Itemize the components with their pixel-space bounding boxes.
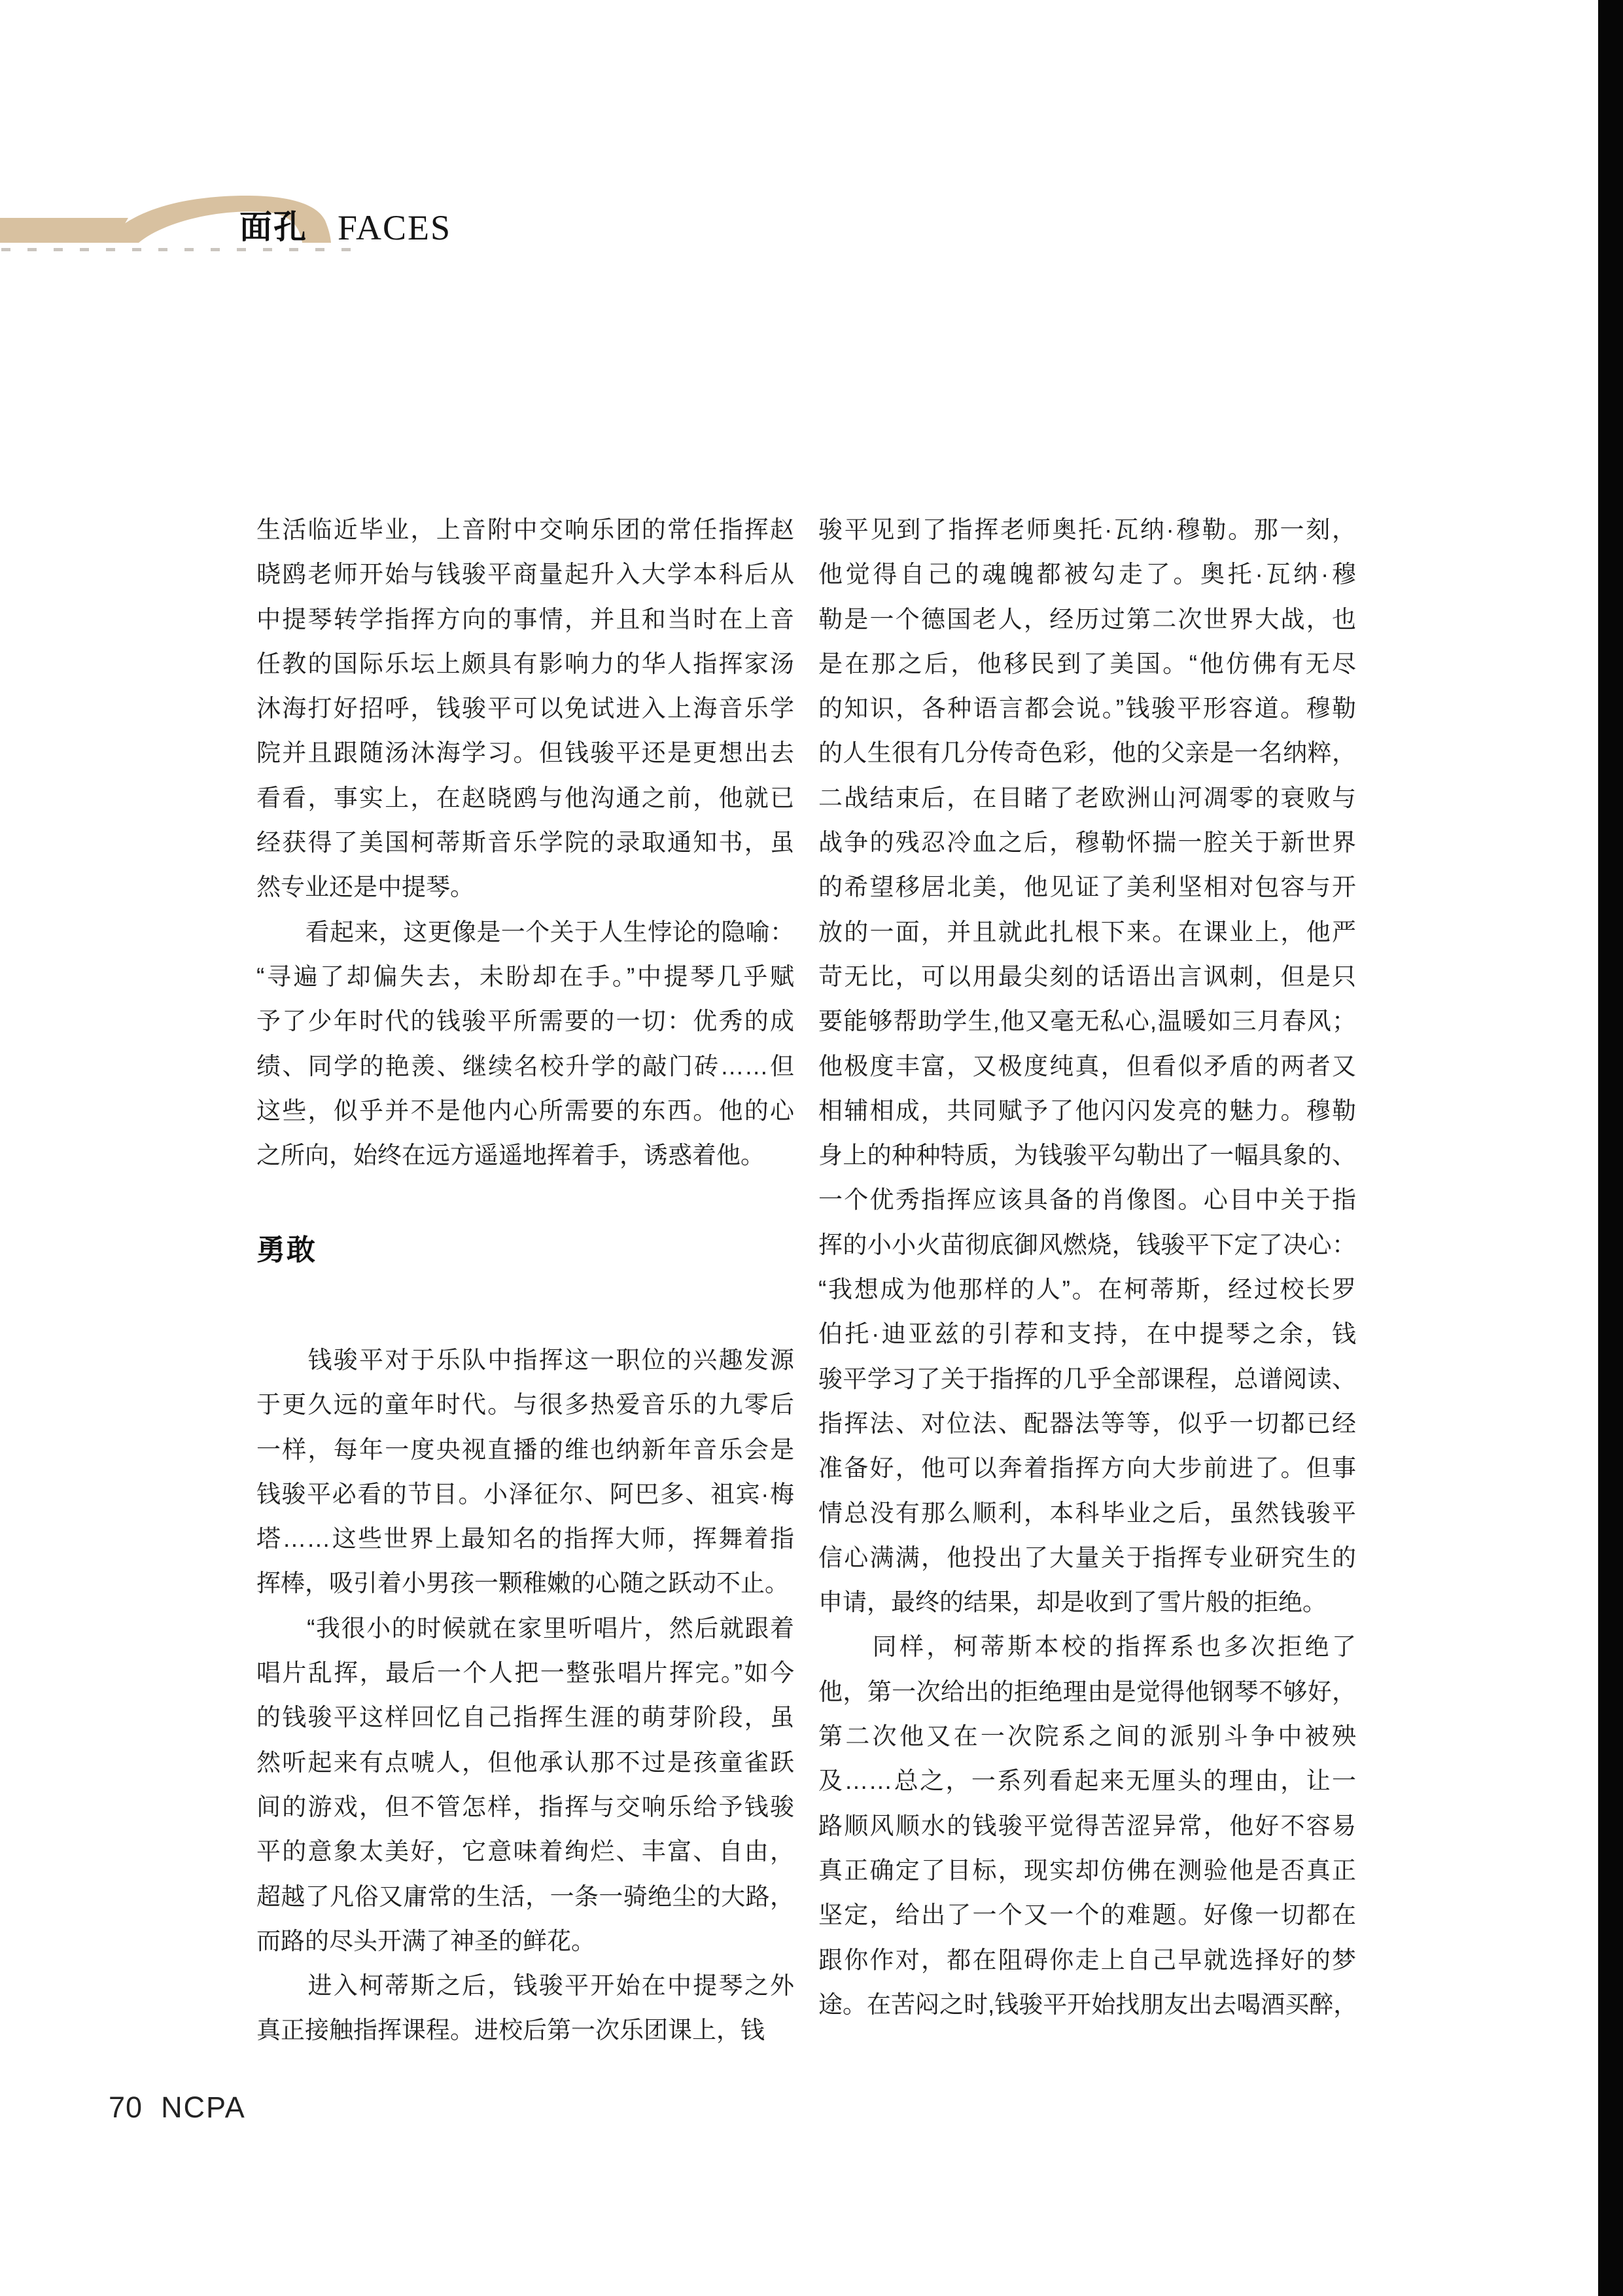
text-line: 他，第一次给出的拒绝理由是觉得他钢琴不够好， [818, 1670, 1356, 1714]
text-line: 情总没有那么顺利，本科毕业之后，虽然钱骏平 [818, 1491, 1356, 1536]
text-line: 要能够帮助学生,他又毫无私心,温暖如三月春风； [818, 999, 1356, 1044]
text-line: 信心满满，他投出了大量关于指挥专业研究生的 [818, 1536, 1356, 1580]
left-column-block-1: 生活临近毕业，上音附中交响乐团的常任指挥赵晓鸥老师开始与钱骏平商量起升入大学本科… [256, 508, 794, 1178]
text-line: 路顺风顺水的钱骏平觉得苦涩异常，他好不容易 [818, 1804, 1356, 1848]
text-line: “我很小的时候就在家里听唱片，然后就跟着 [256, 1606, 794, 1651]
text-line: 战争的残忍冷血之后，穆勒怀揣一腔关于新世界 [818, 821, 1356, 865]
text-line: 然听起来有点唬人，但他承认那不过是孩童雀跃 [256, 1740, 794, 1785]
text-line: 他觉得自己的魂魄都被勾走了。奥托·瓦纳·穆 [818, 552, 1356, 597]
text-line: 中提琴转学指挥方向的事情，并且和当时在上音 [256, 597, 794, 642]
text-line: 超越了凡俗又庸常的生活，一条一骑绝尘的大路， [256, 1875, 794, 1919]
text-line: 他极度丰富，又极度纯真，但看似矛盾的两者又 [818, 1044, 1356, 1089]
text-line: 看看，事实上，在赵晓鸥与他沟通之前，他就已 [256, 776, 794, 821]
text-line: 第二次他又在一次院系之间的派别斗争中被殃 [818, 1714, 1356, 1759]
left-column-block-2: 钱骏平对于乐队中指挥这一职位的兴趣发源于更久远的童年时代。与很多热爱音乐的九零后… [256, 1338, 794, 2053]
text-line: 经获得了美国柯蒂斯音乐学院的录取通知书，虽 [256, 821, 794, 865]
text-line: 一样，每年一度央视直播的维也纳新年音乐会是 [256, 1428, 794, 1472]
text-line: 唱片乱挥，最后一个人把一整张唱片挥完。”如今 [256, 1651, 794, 1695]
text-line: 绩、同学的艳羡、继续名校升学的敲门砖……但 [256, 1044, 794, 1089]
text-line: 骏平学习了关于指挥的几乎全部课程，总谱阅读、 [818, 1357, 1356, 1402]
text-line: 的人生很有几分传奇色彩，他的父亲是一名纳粹， [818, 731, 1356, 775]
scan-edge-bar [1598, 0, 1623, 2296]
text-line: 准备好，他可以奔着指挥方向大步前进了。但事 [818, 1446, 1356, 1491]
text-line: 沐海打好招呼，钱骏平可以免试进入上海音乐学 [256, 686, 794, 731]
text-line: 塔……这些世界上最知名的指挥大师，挥舞着指 [256, 1517, 794, 1561]
text-line: 苛无比，可以用最尖刻的话语出言讽刺，但是只 [818, 955, 1356, 999]
text-line: 是在那之后，他移民到了美国。“他仿佛有无尽 [818, 642, 1356, 686]
text-line: 之所向，始终在远方遥遥地挥着手，诱惑着他。 [256, 1133, 794, 1178]
text-line: 这些，似乎并不是他内心所需要的东西。他的心 [256, 1089, 794, 1133]
text-line: 坚定，给出了一个又一个的难题。好像一切都在 [818, 1893, 1356, 1937]
text-line: 予了少年时代的钱骏平所需要的一切：优秀的成 [256, 999, 794, 1044]
text-line: 身上的种种特质，为钱骏平勾勒出了一幅具象的、 [818, 1133, 1356, 1178]
text-line: 院并且跟随汤沐海学习。但钱骏平还是更想出去 [256, 731, 794, 775]
text-line: 骏平见到了指挥老师奥托·瓦纳·穆勒。那一刻， [818, 508, 1356, 552]
text-line: 放的一面，并且就此扎根下来。在课业上，他严 [818, 910, 1356, 955]
text-line: 间的游戏，但不管怎样，指挥与交响乐给予钱骏 [256, 1785, 794, 1829]
text-line: 途。在苦闷之时,钱骏平开始找朋友出去喝酒买醉， [818, 1983, 1356, 2027]
text-line: 跟你作对，都在阻碍你走上自己早就选择好的梦 [818, 1938, 1356, 1983]
text-line: 钱骏平必看的节目。小泽征尔、阿巴多、祖宾·梅 [256, 1472, 794, 1517]
text-line: “我想成为他那样的人”。在柯蒂斯，经过校长罗 [818, 1267, 1356, 1312]
text-line: 生活临近毕业，上音附中交响乐团的常任指挥赵 [256, 508, 794, 552]
halftone-artifact [1, 248, 358, 251]
right-column-block: 骏平见到了指挥老师奥托·瓦纳·穆勒。那一刻，他觉得自己的魂魄都被勾走了。奥托·瓦… [818, 508, 1356, 2027]
text-line: 一个优秀指挥应该具备的肖像图。心目中关于指 [818, 1178, 1356, 1222]
text-line: 指挥法、对位法、配器法等等，似乎一切都已经 [818, 1402, 1356, 1446]
text-line: 同样，柯蒂斯本校的指挥系也多次拒绝了 [818, 1625, 1356, 1669]
text-line: 相辅相成，共同赋予了他闪闪发亮的魅力。穆勒 [818, 1089, 1356, 1133]
magazine-page: 面孔 FACES 生活临近毕业，上音附中交响乐团的常任指挥赵晓鸥老师开始与钱骏平… [0, 0, 1623, 2296]
text-line: 平的意象太美好，它意味着绚烂、丰富、自由， [256, 1829, 794, 1874]
text-line: 真正接触指挥课程。进校后第一次乐团课上，钱 [256, 2008, 794, 2053]
text-line: 然专业还是中提琴。 [256, 865, 794, 910]
section-heading: 勇敢 [256, 1236, 317, 1265]
section-logo-english: FACES [338, 210, 451, 245]
magazine-code: NCPA [161, 2091, 246, 2124]
text-line: 的希望移居北美，他见证了美利坚相对包容与开 [818, 865, 1356, 910]
text-line: “寻遍了却偏失去，未盼却在手。”中提琴几乎赋 [256, 955, 794, 999]
text-line: 的钱骏平这样回忆自己指挥生涯的萌芽阶段，虽 [256, 1695, 794, 1740]
text-line: 真正确定了目标，现实却仿佛在测验他是否真正 [818, 1848, 1356, 1893]
text-line: 挥的小小火苗彻底御风燃烧，钱骏平下定了决心： [818, 1223, 1356, 1267]
text-line: 于更久远的童年时代。与很多热爱音乐的九零后 [256, 1383, 794, 1427]
text-line: 晓鸥老师开始与钱骏平商量起升入大学本科后从 [256, 552, 794, 597]
text-line: 的知识，各种语言都会说。”钱骏平形容道。穆勒 [818, 686, 1356, 731]
text-line: 伯托·迪亚兹的引荐和支持，在中提琴之余，钱 [818, 1312, 1356, 1356]
text-line: 勒是一个德国老人，经历过第二次世界大战，也 [818, 597, 1356, 642]
text-line: 挥棒，吸引着小男孩一颗稚嫩的心随之跃动不止。 [256, 1561, 794, 1606]
text-line: 申请，最终的结果，却是收到了雪片般的拒绝。 [818, 1580, 1356, 1625]
text-line: 看起来，这更像是一个关于人生悖论的隐喻： [256, 910, 794, 955]
text-line: 及……总之，一系列看起来无厘头的理由，让一 [818, 1759, 1356, 1803]
text-line: 钱骏平对于乐队中指挥这一职位的兴趣发源 [256, 1338, 794, 1383]
page-number: 70 [109, 2091, 143, 2124]
text-line: 而路的尽头开满了神圣的鲜花。 [256, 1919, 794, 1964]
text-line: 任教的国际乐坛上颇具有影响力的华人指挥家汤 [256, 642, 794, 686]
page-footer: 70NCPA [109, 2093, 246, 2122]
text-line: 进入柯蒂斯之后，钱骏平开始在中提琴之外 [256, 1964, 794, 2008]
text-line: 二战结束后，在目睹了老欧洲山河凋零的衰败与 [818, 776, 1356, 821]
section-logo-chinese: 面孔 [239, 211, 307, 243]
